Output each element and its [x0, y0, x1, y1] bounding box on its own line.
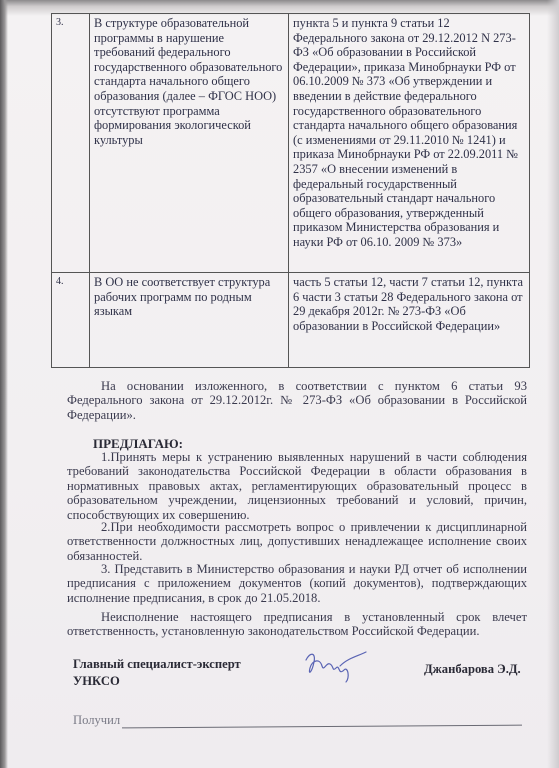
violation-description: В ОО не соответствует структура рабочих …	[90, 273, 289, 368]
row-number: 3.	[52, 14, 90, 273]
legal-reference: часть 5 статьи 12, части 7 статьи 12, пу…	[289, 273, 530, 368]
signatory-title-line1: Главный специалист-эксперт	[73, 656, 241, 673]
handwritten-signature-icon	[300, 648, 370, 684]
signatory-title: Главный специалист-эксперт УНКСО	[73, 656, 241, 690]
scan-left-edge	[0, 0, 8, 768]
legal-reference: пункта 5 и пункта 9 статьи 12 Федерально…	[289, 14, 530, 273]
received-signature-line	[122, 725, 522, 729]
violation-description: В структуре образовательной программы в …	[90, 14, 289, 273]
signatory-title-line2: УНКСО	[73, 673, 241, 690]
proposal-item-2: 2.При необходимости рассмотреть вопрос о…	[67, 520, 527, 563]
scanned-page: 3. В структуре образовательной программы…	[0, 0, 559, 768]
scan-right-edge	[547, 0, 559, 768]
signatory-name: Джанбарова Э.Д.	[424, 662, 521, 677]
consequence-paragraph: Неисполнение настоящего предписания в ус…	[67, 610, 527, 639]
basis-paragraph: На основании изложенного, в соответствии…	[67, 379, 527, 422]
proposal-item-3: 3. Представить в Министерство образовани…	[67, 562, 527, 605]
table-row: 3. В структуре образовательной программы…	[52, 14, 530, 273]
proposal-item-1: 1.Принять меры к устранению выявленных н…	[67, 450, 527, 522]
violations-table: 3. В структуре образовательной программы…	[51, 13, 530, 368]
row-number: 4.	[52, 273, 90, 368]
table-row: 4. В ОО не соответствует структура рабоч…	[52, 273, 530, 368]
received-label: Получил	[73, 713, 120, 728]
